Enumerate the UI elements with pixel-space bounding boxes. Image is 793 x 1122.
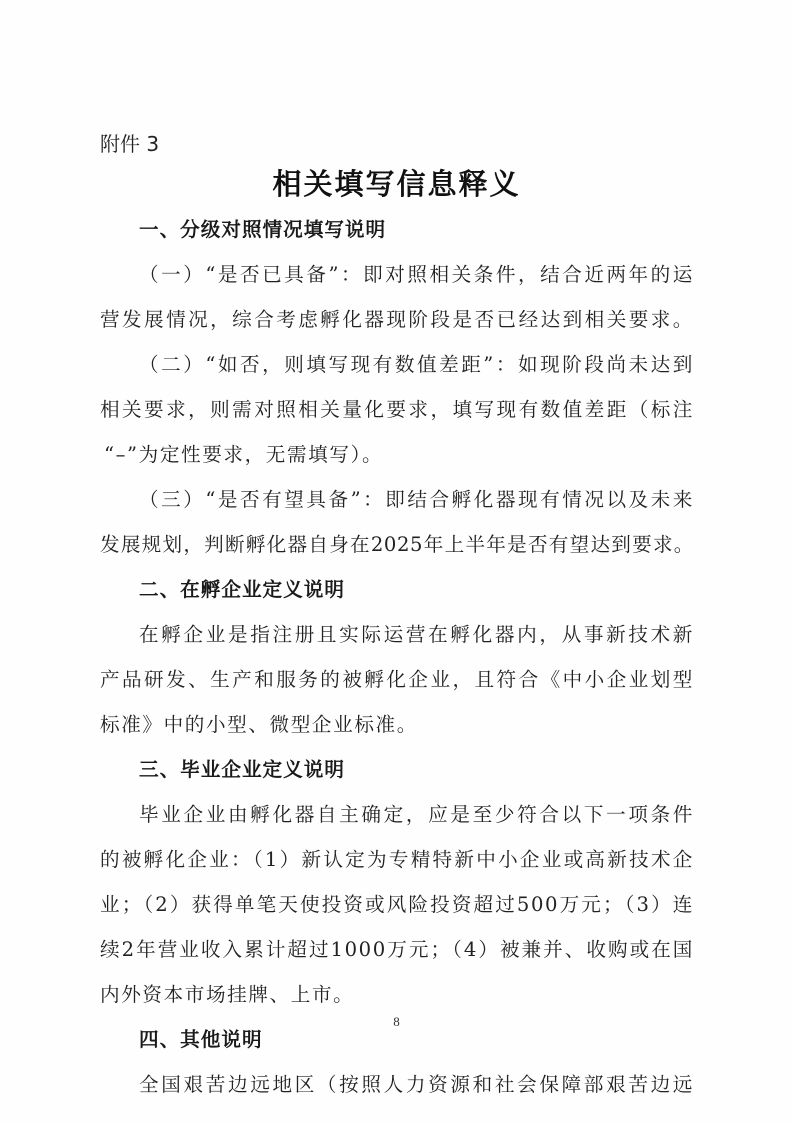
paragraph-line: （一）“是否已具备”：即对照相关条件，结合近两年的运 [139,262,694,288]
paragraph-line: 的被孵化企业：（1）新认定为专精特新中小企业或高新技术企 [100,847,694,873]
document-title: 相关填写信息释义 [0,166,793,202]
paragraph-line: 在孵企业是指注册且实际运营在孵化器内，从事新技术新 [139,622,694,648]
paragraph-line: （二）“如否，则填写现有数值差距”：如现阶段尚未达到 [139,352,694,378]
paragraph-line: 毕业企业由孵化器自主确定，应是至少符合以下一项条件 [139,802,694,828]
paragraph-line: “–”为定性要求，无需填写）。 [104,442,698,468]
section-heading-other: 四、其他说明 [139,1027,263,1053]
paragraph-line: 业；（2）获得单笔天使投资或风险投资超过500万元；（3）连 [100,892,694,918]
paragraph-line: 相关要求，则需对照相关量化要求，填写现有数值差距（标注 [100,397,694,423]
paragraph-line: 全国艰苦边远地区（按照人力资源和社会保障部艰苦边远 [139,1072,694,1098]
paragraph-line: 内外资本市场挂牌、上市。 [100,982,694,1008]
paragraph-line: 发展规划，判断孵化器自身在2025年上半年是否有望达到要求。 [100,532,694,558]
section-heading-grading: 一、分级对照情况填写说明 [139,217,386,243]
paragraph-line: 标准》中的小型、微型企业标准。 [100,712,694,738]
paragraph-line: （三）“是否有望具备”：即结合孵化器现有情况以及未来 [139,487,694,513]
page-number: 8 [0,1014,793,1030]
section-heading-incubating-enterprise: 二、在孵企业定义说明 [139,577,345,603]
section-heading-graduated-enterprise: 三、毕业企业定义说明 [139,757,345,783]
document-page: 附件 3 相关填写信息释义 一、分级对照情况填写说明 （一）“是否已具备”：即对… [0,0,793,1122]
paragraph-line: 营发展情况，综合考虑孵化器现阶段是否已经达到相关要求。 [100,307,694,333]
attachment-label: 附件 3 [100,131,159,157]
paragraph-line: 产品研发、生产和服务的被孵化企业，且符合《中小企业划型 [100,667,694,693]
paragraph-line: 续2年营业收入累计超过1000万元；（4）被兼并、收购或在国 [100,937,694,963]
